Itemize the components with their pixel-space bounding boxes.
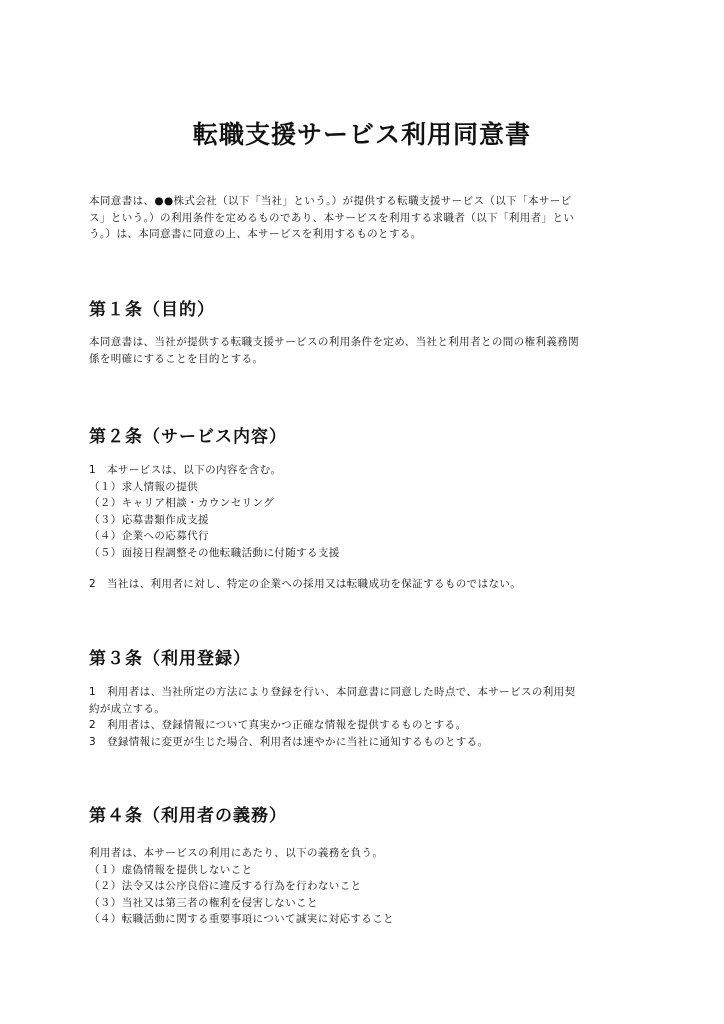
article-line: 約が成立する。 bbox=[89, 701, 649, 718]
article-line: 1 本サービスは、以下の内容を含む。 bbox=[89, 462, 649, 479]
article-4: 第４条（利用者の義務） bbox=[89, 804, 649, 828]
document-title: 転職支援サービス利用同意書 bbox=[0, 117, 724, 153]
list-item: （３）当社又は第三者の権利を侵害しないこと bbox=[89, 895, 649, 912]
list-item: （３）応募書類作成支援 bbox=[89, 512, 649, 529]
article-4-heading: 第４条（利用者の義務） bbox=[89, 804, 649, 828]
article-2-heading: 第２条（サービス内容） bbox=[89, 425, 649, 449]
list-item: （４）企業への応募代行 bbox=[89, 528, 649, 545]
article-line: 2 利用者は、登録情報について真実かつ正確な情報を提供するものとする。 bbox=[89, 717, 649, 734]
article-3: 第３条（利用登録） bbox=[89, 647, 649, 671]
preamble: 本同意書は、●●株式会社（以下「当社」という。）が提供する転職支援サービス（以下… bbox=[89, 193, 649, 243]
article-line: 係を明確にすることを目的とする。 bbox=[89, 351, 649, 368]
article-2-clause-2: 2 当社は、利用者に対し、特定の企業への採用又は転職成功を保証するものではない。 bbox=[89, 576, 649, 593]
article-4-body: 利用者は、本サービスの利用にあたり、以下の義務を負う。 （１）虚偽情報を提供しな… bbox=[89, 845, 649, 928]
article-2: 第２条（サービス内容） bbox=[89, 425, 649, 449]
article-1-heading: 第１条（目的） bbox=[89, 298, 649, 322]
list-item: （２）キャリア相談・カウンセリング bbox=[89, 495, 649, 512]
list-item: （１）虚偽情報を提供しないこと bbox=[89, 862, 649, 879]
list-item: （５）面接日程調整その他転職活動に付随する支援 bbox=[89, 545, 649, 562]
article-line: 2 当社は、利用者に対し、特定の企業への採用又は転職成功を保証するものではない。 bbox=[89, 576, 649, 593]
article-line: 1 利用者は、当社所定の方法により登録を行い、本同意書に同意した時点で、本サービ… bbox=[89, 684, 649, 701]
article-line: 本同意書は、当社が提供する転職支援サービスの利用条件を定め、当社と利用者との間の… bbox=[89, 334, 649, 351]
list-item: （２）法令又は公序良俗に違反する行為を行わないこと bbox=[89, 878, 649, 895]
list-item: （１）求人情報の提供 bbox=[89, 479, 649, 496]
article-1: 第１条（目的） bbox=[89, 298, 649, 322]
article-2-body: 1 本サービスは、以下の内容を含む。 （１）求人情報の提供 （２）キャリア相談・… bbox=[89, 462, 649, 561]
article-3-heading: 第３条（利用登録） bbox=[89, 647, 649, 671]
preamble-line: う。）は、本同意書に同意の上、本サービスを利用するものとする。 bbox=[89, 226, 649, 243]
article-3-body: 1 利用者は、当社所定の方法により登録を行い、本同意書に同意した時点で、本サービ… bbox=[89, 684, 649, 750]
document-page: 転職支援サービス利用同意書 本同意書は、●●株式会社（以下「当社」という。）が提… bbox=[0, 0, 724, 1024]
article-line: 利用者は、本サービスの利用にあたり、以下の義務を負う。 bbox=[89, 845, 649, 862]
list-item: （４）転職活動に関する重要事項について誠実に対応すること bbox=[89, 911, 649, 928]
preamble-line: ス」という。）の利用条件を定めるものであり、本サービスを利用する求職者（以下「利… bbox=[89, 210, 649, 227]
preamble-line: 本同意書は、●●株式会社（以下「当社」という。）が提供する転職支援サービス（以下… bbox=[89, 193, 649, 210]
article-line: 3 登録情報に変更が生じた場合、利用者は速やかに当社に通知するものとする。 bbox=[89, 734, 649, 751]
article-1-body: 本同意書は、当社が提供する転職支援サービスの利用条件を定め、当社と利用者との間の… bbox=[89, 334, 649, 367]
